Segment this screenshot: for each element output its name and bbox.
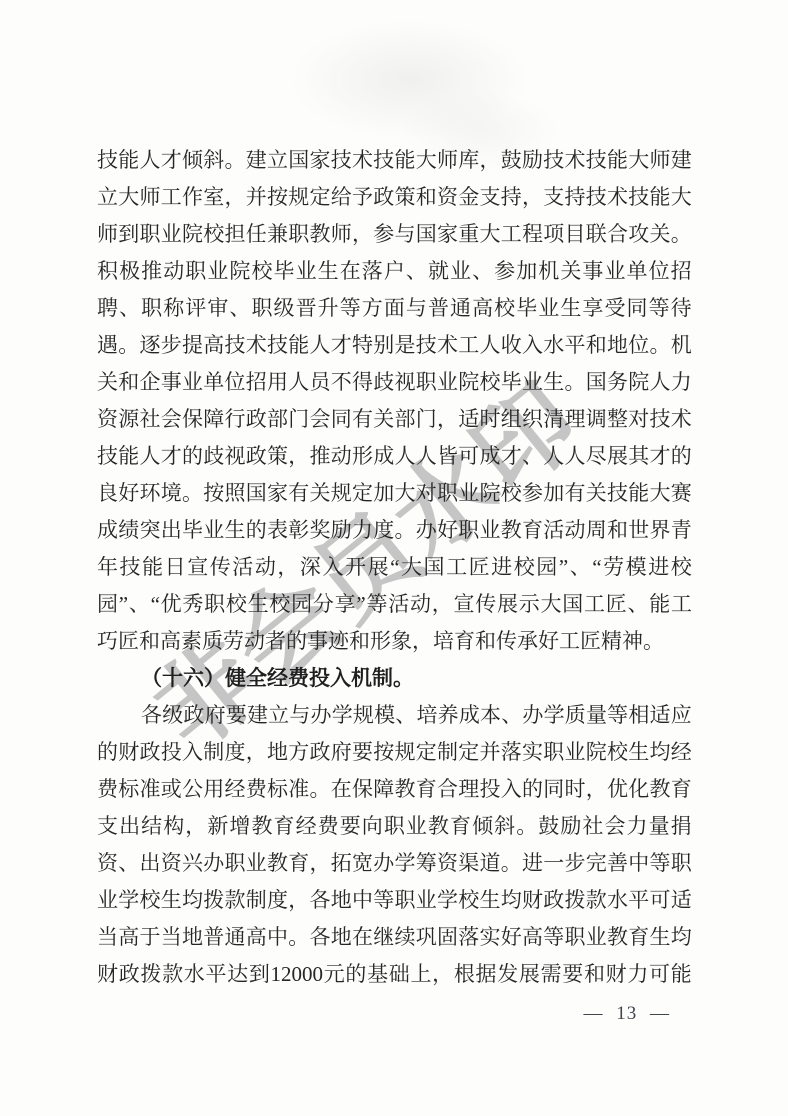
text-line: 资、出资兴办职业教育，拓宽办学筹资渠道。进一步完善中等职 [97, 845, 692, 882]
text-line: 财政拨款水平达到12000元的基础上，根据发展需要和财力可能 [97, 956, 692, 993]
text-line: 资源社会保障行政部门会同有关部门，适时组织清理调整对技术 [97, 401, 692, 438]
page-number: — 13 — [584, 1001, 671, 1027]
text-line: 当高于当地普通高中。各地在继续巩固落实好高等职业教育生均 [97, 919, 692, 956]
text-line: 费标准或公用经费标准。在保障教育合理投入的同时，优化教育 [97, 771, 692, 808]
text-line: 立大师工作室，并按规定给予政策和资金支持，支持技术技能大 [97, 179, 692, 216]
text-line: 技能人才倾斜。建立国家技术技能大师库，鼓励技术技能大师建 [97, 142, 692, 179]
text-line: 关和企事业单位招用人员不得歧视职业院校毕业生。国务院人力 [97, 364, 692, 401]
text-line: 各级政府要建立与办学规模、培养成本、办学质量等相适应 [97, 697, 692, 734]
text-line: 遇。逐步提高技术技能人才特别是技术工人收入水平和地位。机 [97, 327, 692, 364]
text-line: 积极推动职业院校毕业生在落户、就业、参加机关事业单位招 [97, 253, 692, 290]
document-body: 技能人才倾斜。建立国家技术技能大师库，鼓励技术技能大师建立大师工作室，并按规定给… [97, 142, 692, 993]
text-line: 技能人才的歧视政策，推动形成人人皆可成才、人人尽展其才的 [97, 438, 692, 475]
text-line: 业学校生均拨款制度，各地中等职业学校生均财政拨款水平可适 [97, 882, 692, 919]
text-line: 年技能日宣传活动，深入开展“大国工匠进校园”、“劳模进校 [97, 549, 692, 586]
text-line: 的财政投入制度，地方政府要按规定制定并落实职业院校生均经 [97, 734, 692, 771]
text-line: 巧匠和高素质劳动者的事迹和形象，培育和传承好工匠精神。 [97, 623, 692, 660]
text-line: 良好环境。按照国家有关规定加大对职业院校参加有关技能大赛 [97, 475, 692, 512]
document-page: 非会员水印 技能人才倾斜。建立国家技术技能大师库，鼓励技术技能大师建立大师工作室… [0, 0, 788, 1116]
text-line: 聘、职称评审、职级晋升等方面与普通高校毕业生享受同等待 [97, 290, 692, 327]
text-line: 支出结构，新增教育经费要向职业教育倾斜。鼓励社会力量捐 [97, 808, 692, 845]
text-line: 园”、“优秀职校生校园分享”等活动，宣传展示大国工匠、能工 [97, 586, 692, 623]
text-line: 成绩突出毕业生的表彰奖励力度。办好职业教育活动周和世界青 [97, 512, 692, 549]
text-line: （十六）健全经费投入机制。 [97, 660, 692, 697]
text-line: 师到职业院校担任兼职教师，参与国家重大工程项目联合攻关。 [97, 216, 692, 253]
